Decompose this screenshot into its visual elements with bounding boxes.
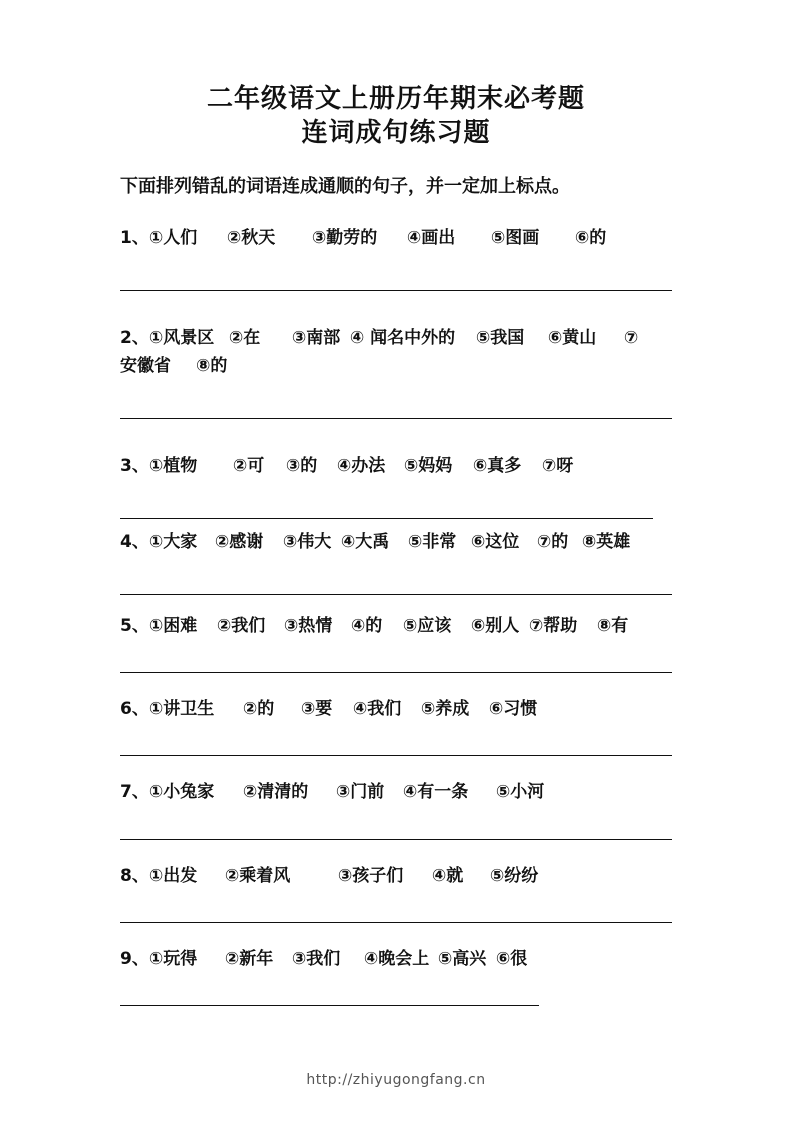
question-number: 9、 [120, 949, 149, 969]
question-3: 3、①植物②可③的④办法⑤妈妈⑥真多⑦呀 [120, 451, 573, 476]
footer-url: http://zhiyugongfang.cn [0, 1072, 792, 1088]
word: ③南部 [292, 323, 350, 348]
word: ⑥习惯 [489, 694, 537, 719]
word: ①困难 [149, 611, 217, 636]
word: ④的 [351, 611, 403, 636]
answer-line-2[interactable] [120, 418, 672, 419]
word: ⑤我国 [476, 323, 548, 348]
word: ①植物 [149, 451, 233, 476]
word: ⑤养成 [421, 694, 489, 719]
question-number: 1、 [120, 228, 149, 248]
word: ③我们 [292, 944, 364, 969]
word: ④ 闻名中外的 [350, 323, 476, 348]
word: ⑦ [624, 328, 638, 348]
answer-line-1[interactable] [120, 290, 672, 291]
question-5: 5、①困难②我们③热情④的⑤应该⑥别人⑦帮助⑧有 [120, 611, 628, 636]
word: ⑦呀 [542, 451, 573, 476]
word: ⑤妈妈 [404, 451, 473, 476]
answer-line-7[interactable] [120, 839, 672, 840]
word: ⑤小河 [496, 777, 544, 802]
word: ①讲卫生 [149, 694, 243, 719]
answer-line-5[interactable] [120, 672, 672, 673]
question-number: 7、 [120, 782, 149, 802]
question-number: 2、 [120, 328, 149, 348]
word: ②乘着风 [225, 861, 338, 886]
answer-line-8[interactable] [120, 922, 672, 923]
word: ⑤高兴 [438, 944, 496, 969]
word: ③热情 [284, 611, 351, 636]
word: ⑥别人 [471, 611, 529, 636]
word: ④画出 [407, 223, 491, 248]
question-number: 6、 [120, 699, 149, 719]
word: ①玩得 [149, 944, 225, 969]
word: ⑧的 [196, 351, 227, 376]
question-number: 8、 [120, 866, 149, 886]
question-number: 5、 [120, 616, 149, 636]
word: ④晚会上 [364, 944, 438, 969]
word: ②可 [233, 451, 286, 476]
word: ⑤纷纷 [490, 861, 538, 886]
word: ⑧有 [597, 611, 628, 636]
word: ⑤图画 [491, 223, 575, 248]
word: ⑥的 [575, 223, 606, 248]
word: ②秋天 [227, 223, 312, 248]
word: ⑥很 [496, 944, 527, 969]
word: ②我们 [217, 611, 284, 636]
word: ③孩子们 [338, 861, 432, 886]
instruction: 下面排列错乱的词语连成通顺的句子，并一定加上标点。 [120, 172, 570, 198]
word: ①大家 [149, 527, 215, 552]
word: ①小兔家 [149, 777, 243, 802]
answer-line-3[interactable] [120, 518, 653, 519]
word: ②清清的 [243, 777, 336, 802]
word: 安徽省 [120, 351, 196, 376]
title-line-1: 二年级语文上册历年期末必考题 [0, 78, 792, 115]
word: ④大禹 [341, 527, 408, 552]
word: ⑧英雄 [582, 527, 630, 552]
question-4: 4、①大家②感谢③伟大④大禹⑤非常⑥这位⑦的⑧英雄 [120, 527, 630, 552]
answer-line-9[interactable] [120, 1005, 539, 1006]
word: ⑥真多 [473, 451, 542, 476]
word: ④我们 [353, 694, 421, 719]
answer-line-4[interactable] [120, 594, 672, 595]
question-number: 3、 [120, 456, 149, 476]
word: ②感谢 [215, 527, 283, 552]
answer-line-6[interactable] [120, 755, 672, 756]
question-6: 6、①讲卫生②的③要④我们⑤养成⑥习惯 [120, 694, 537, 719]
word: ⑤非常 [408, 527, 471, 552]
title-line-2: 连词成句练习题 [0, 112, 792, 149]
word: ③要 [301, 694, 353, 719]
word: ②新年 [225, 944, 292, 969]
word: ⑥这位 [471, 527, 537, 552]
question-2-continued: 安徽省⑧的 [120, 351, 227, 376]
question-8: 8、①出发②乘着风③孩子们④就⑤纷纷 [120, 861, 538, 886]
word: ⑦帮助 [529, 611, 597, 636]
question-number: 4、 [120, 532, 149, 552]
word: ②的 [243, 694, 301, 719]
word: ②在 [229, 323, 292, 348]
word: ④办法 [337, 451, 404, 476]
word: ④就 [432, 861, 490, 886]
word: ③伟大 [283, 527, 341, 552]
question-2: 2、①风景区②在③南部④ 闻名中外的⑤我国⑥黄山⑦ [120, 323, 638, 348]
question-7: 7、①小兔家②清清的③门前④有一条⑤小河 [120, 777, 544, 802]
question-9: 9、①玩得②新年③我们④晚会上⑤高兴⑥很 [120, 944, 527, 969]
word: ①出发 [149, 861, 225, 886]
question-1: 1、①人们②秋天③勤劳的④画出⑤图画⑥的 [120, 223, 606, 248]
word: ③门前 [336, 777, 403, 802]
word: ①人们 [149, 223, 227, 248]
word: ⑦的 [537, 527, 582, 552]
word: ⑥黄山 [548, 323, 624, 348]
word: ③的 [286, 451, 337, 476]
word: ①风景区 [149, 323, 229, 348]
word: ⑤应该 [403, 611, 471, 636]
word: ③勤劳的 [312, 223, 407, 248]
word: ④有一条 [403, 777, 496, 802]
